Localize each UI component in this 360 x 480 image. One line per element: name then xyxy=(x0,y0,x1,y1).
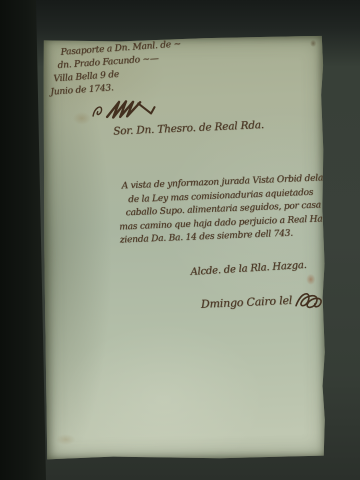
closing-line: Alcde. de la Rla. Hazga. xyxy=(190,260,307,278)
signature-line: Dmingo Cairo lel xyxy=(200,287,326,316)
stain-spot xyxy=(56,434,76,445)
stain-spot xyxy=(310,40,316,47)
binding-strip xyxy=(0,0,46,480)
manuscript-paper: Pasaporte a Dn. Manl. de ~ dn. Prado Fac… xyxy=(42,36,327,460)
manuscript-photo: Pasaporte a Dn. Manl. de ~ dn. Prado Fac… xyxy=(0,0,360,480)
signature-text: Dmingo Cairo lel xyxy=(201,294,293,311)
stain-spot xyxy=(306,274,315,285)
annotation-block: Pasaporte a Dn. Manl. de ~ dn. Prado Fac… xyxy=(56,38,184,99)
body-paragraph: A vista de ynformazon jurada Vista Orbid… xyxy=(117,172,325,248)
signature-rubric-icon xyxy=(294,287,327,312)
